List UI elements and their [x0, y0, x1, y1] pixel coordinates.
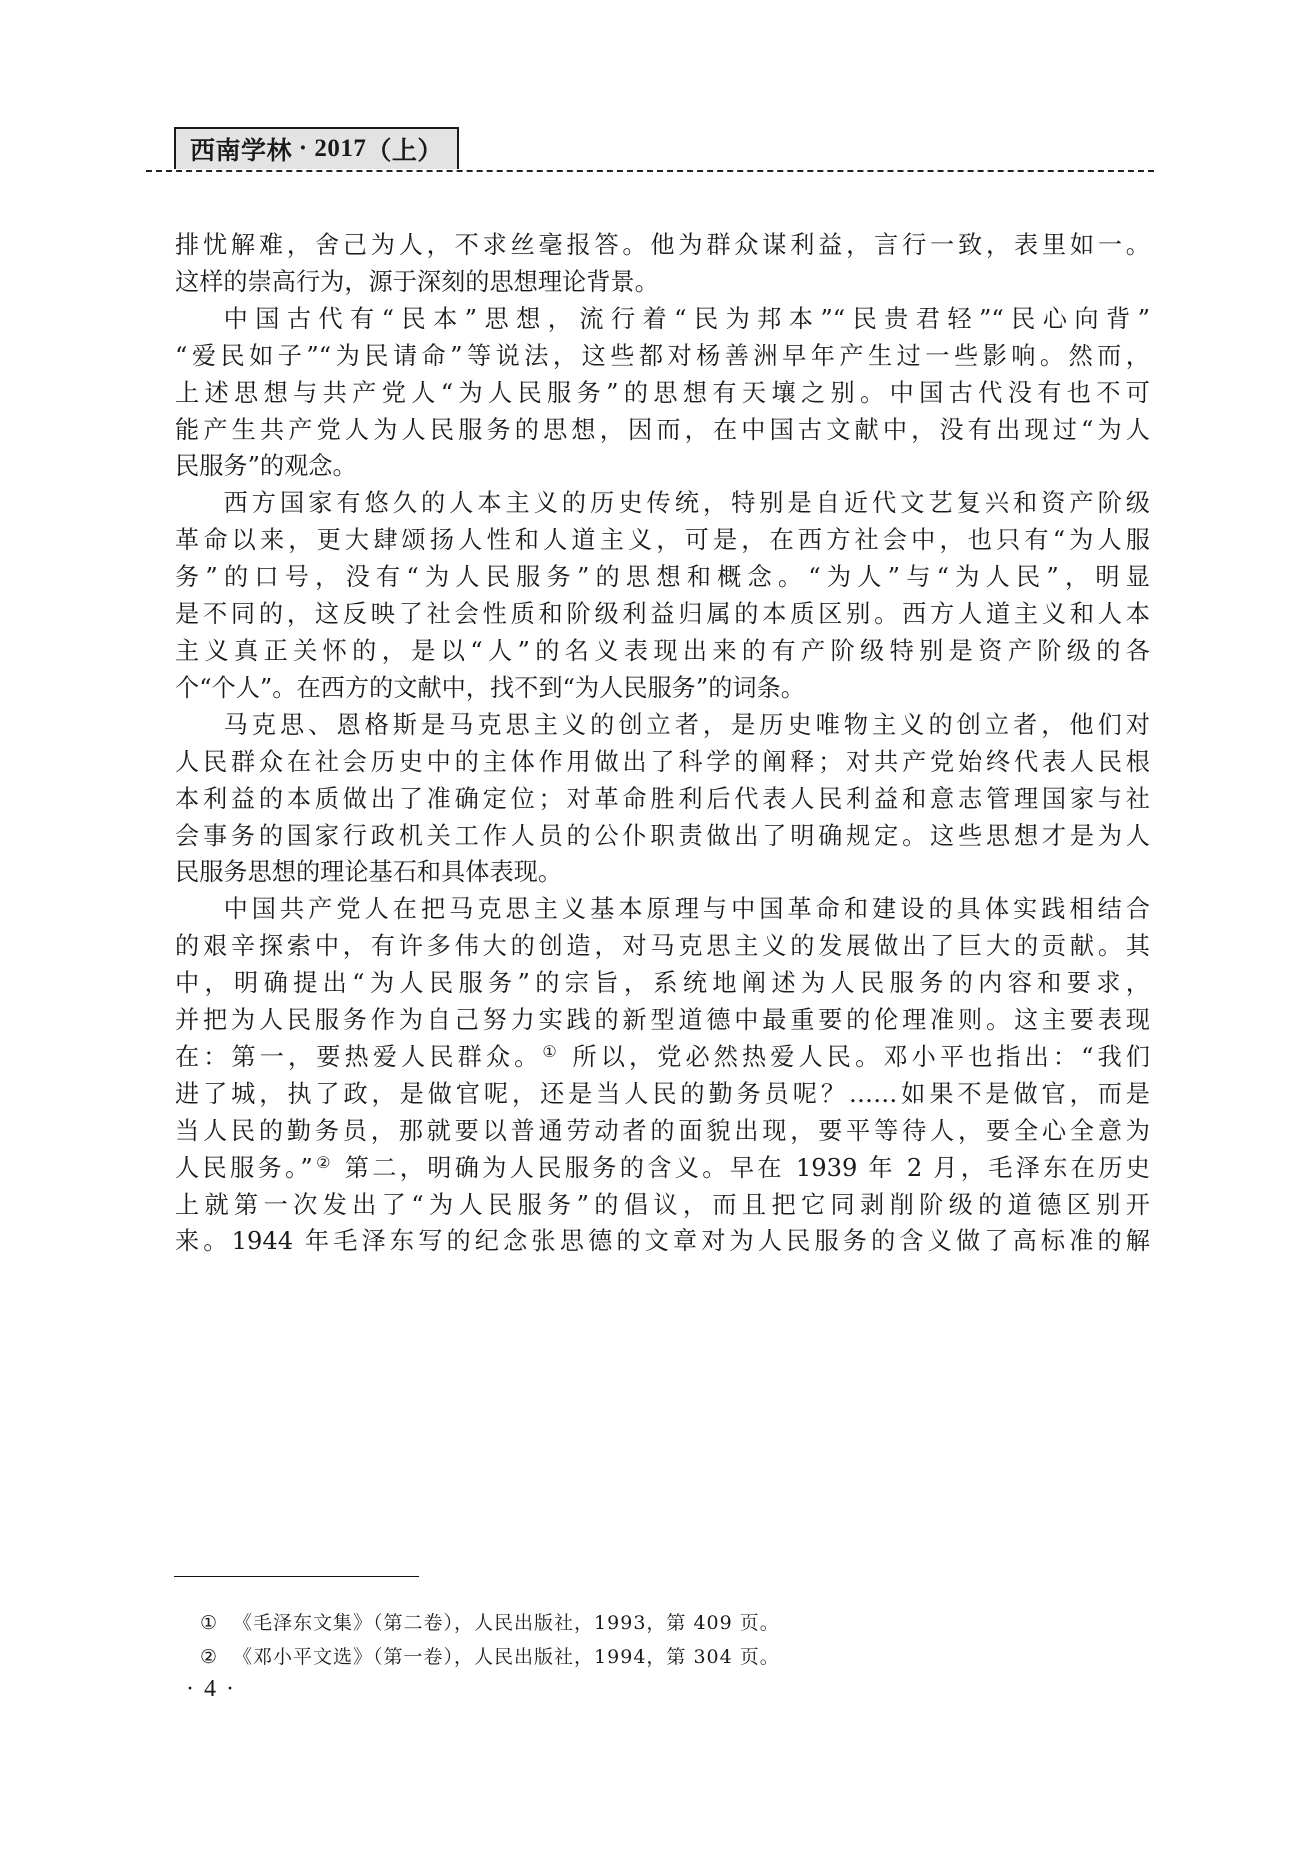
text-line: 并把为人民服务作为自己努力实践的新型道德中最重要的伦理准则。这主要表现: [175, 1002, 1150, 1039]
separator-space: [308, 135, 315, 163]
text-line-content: 民服务”的观念。: [175, 452, 357, 480]
header-dashed-rule: [146, 170, 1154, 172]
text-line: 民服务”的观念。: [175, 448, 1150, 485]
text-line: 务”的口号，没有“为人民服务”的思想和概念。“为人”与“为人民”，明显: [175, 559, 1150, 596]
text-line-content: 会事务的国家行政机关工作人员的公仆职责做出了明确规定。这些思想才是为人: [175, 822, 1150, 850]
text-line: 上述思想与共产党人“为人民服务”的思想有天壤之别。中国古代没有也不可: [175, 375, 1150, 412]
text-line: 中国古代有“民本”思想，流行着“民为邦本”“民贵君轻”“民心向背”: [175, 301, 1150, 338]
text-line-content: 上述思想与共产党人“为人民服务”的思想有天壤之别。中国古代没有也不可: [175, 379, 1150, 407]
text-line: 进了城，执了政，是做官呢，还是当人民的勤务员呢？……如果不是做官，而是: [175, 1076, 1150, 1113]
text-line: 是不同的，这反映了社会性质和阶级利益归属的本质区别。西方人道主义和人本: [175, 596, 1150, 633]
text-line: 革命以来，更大肆颂扬人性和人道主义，可是，在西方社会中，也只有“为人服: [175, 522, 1150, 559]
text-line: 排忧解难，舍己为人，不求丝毫报答。他为群众谋利益，言行一致，表里如一。: [175, 227, 1150, 264]
text-line-content: “爱民如子”“为民请命”等说法，这些都对杨善洲早年产生过一些影响。然而，: [175, 342, 1150, 370]
text-line: 主义真正关怀的，是以“人”的名义表现出来的有产阶级特别是资产阶级的各: [175, 633, 1150, 670]
text-line-content: 人民群众在社会历史中的主体作用做出了科学的阐释；对共产党始终代表人民根: [175, 748, 1150, 776]
text-line-content: 西方国家有悠久的人本主义的历史传统，特别是自近代文艺复兴和资产阶级: [224, 489, 1150, 517]
text-line: 民服务思想的理论基石和具体表现。: [175, 854, 1150, 891]
text-line-content: 排忧解难，舍己为人，不求丝毫报答。他为群众谋利益，言行一致，表里如一。: [175, 231, 1150, 259]
journal-title: 西南学林: [190, 131, 292, 167]
footnote-reference[interactable]: ①: [542, 1042, 560, 1061]
text-line-content: 民服务思想的理论基石和具体表现。: [175, 858, 562, 886]
text-line-content: 的艰辛探索中，有许多伟大的创造，对马克思主义的发展做出了巨大的贡献。其: [175, 932, 1150, 960]
text-line-continuation: 所以，党必然热爱人民。邓小平也指出：“我们: [561, 1043, 1150, 1071]
text-line: 人民群众在社会历史中的主体作用做出了科学的阐释；对共产党始终代表人民根: [175, 744, 1150, 781]
text-line-content: 能产生共产党人为人民服务的思想，因而，在中国古文献中，没有出现过“为人: [175, 416, 1150, 444]
separator: [292, 135, 299, 163]
text-line: 在：第一，要热爱人民群众。① 所以，党必然热爱人民。邓小平也指出：“我们: [175, 1039, 1150, 1076]
text-line: 上就第一次发出了“为人民服务”的倡议，而且把它同剥削阶级的道德区别开: [175, 1187, 1150, 1224]
text-line-content: 个“个人”。在西方的文献中，找不到“为人民服务”的词条。: [175, 674, 805, 702]
text-line-content: 来。1944 年毛泽东写的纪念张思德的文章对为人民服务的含义做了高标准的解: [175, 1227, 1150, 1255]
journal-volume: （上）: [366, 131, 443, 167]
page-number: · 4 ·: [186, 1676, 236, 1703]
text-line-content: 革命以来，更大肆颂扬人性和人道主义，可是，在西方社会中，也只有“为人服: [175, 526, 1150, 554]
text-line-content: 上就第一次发出了“为人民服务”的倡议，而且把它同剥削阶级的道德区别开: [175, 1191, 1150, 1219]
text-line-content: 主义真正关怀的，是以“人”的名义表现出来的有产阶级特别是资产阶级的各: [175, 637, 1150, 665]
text-line: 这样的崇高行为，源于深刻的思想理论背景。: [175, 264, 1150, 301]
footnote-2: ② 《邓小平文选》（第一卷），人民出版社，1994，第 304 页。: [200, 1640, 780, 1674]
footnote-rule: [174, 1576, 419, 1577]
text-line-content: 人民服务。”: [175, 1154, 313, 1182]
footnote-number: ②: [200, 1640, 226, 1674]
text-line: “爱民如子”“为民请命”等说法，这些都对杨善洲早年产生过一些影响。然而，: [175, 338, 1150, 375]
text-line: 能产生共产党人为人民服务的思想，因而，在中国古文献中，没有出现过“为人: [175, 412, 1150, 449]
text-line: 个“个人”。在西方的文献中，找不到“为人民服务”的词条。: [175, 670, 1150, 707]
text-line-content: 当人民的勤务员，那就要以普通劳动者的面貌出现，要平等待人，要全心全意为: [175, 1117, 1150, 1145]
footnote-reference[interactable]: ②: [313, 1153, 334, 1172]
text-line: 的艰辛探索中，有许多伟大的创造，对马克思主义的发展做出了巨大的贡献。其: [175, 928, 1150, 965]
text-line-content: 在：第一，要热爱人民群众。: [175, 1043, 542, 1071]
text-line-content: 进了城，执了政，是做官呢，还是当人民的勤务员呢？……如果不是做官，而是: [175, 1080, 1150, 1108]
text-line: 来。1944 年毛泽东写的纪念张思德的文章对为人民服务的含义做了高标准的解: [175, 1223, 1150, 1260]
text-line: 会事务的国家行政机关工作人员的公仆职责做出了明确规定。这些思想才是为人: [175, 818, 1150, 855]
footnotes: ① 《毛泽东文集》（第二卷），人民出版社，1993，第 409 页。 ② 《邓小…: [200, 1606, 780, 1674]
text-line: 本利益的本质做出了准确定位；对革命胜利后代表人民利益和意志管理国家与社: [175, 781, 1150, 818]
footnote-text: 《毛泽东文集》（第二卷），人民出版社，1993，第 409 页。: [233, 1612, 780, 1634]
text-line: 马克思、恩格斯是马克思主义的创立者，是历史唯物主义的创立者，他们对: [175, 707, 1150, 744]
text-line-content: 并把为人民服务作为自己努力实践的新型道德中最重要的伦理准则。这主要表现: [175, 1006, 1150, 1034]
text-line-continuation: 第二，明确为人民服务的含义。早在 1939 年 2 月，毛泽东在历史: [334, 1154, 1150, 1182]
text-line-content: 这样的崇高行为，源于深刻的思想理论背景。: [175, 268, 659, 296]
footnote-1: ① 《毛泽东文集》（第二卷），人民出版社，1993，第 409 页。: [200, 1606, 780, 1640]
text-line: 当人民的勤务员，那就要以普通劳动者的面貌出现，要平等待人，要全心全意为: [175, 1113, 1150, 1150]
text-line: 西方国家有悠久的人本主义的历史传统，特别是自近代文艺复兴和资产阶级: [175, 485, 1150, 522]
text-line: 中国共产党人在把马克思主义基本原理与中国革命和建设的具体实践相结合: [175, 891, 1150, 928]
text-line-content: 马克思、恩格斯是马克思主义的创立者，是历史唯物主义的创立者，他们对: [224, 711, 1150, 739]
text-line: 中，明确提出“为人民服务”的宗旨，系统地阐述为人民服务的内容和要求，: [175, 965, 1150, 1002]
text-line-content: 中国古代有“民本”思想，流行着“民为邦本”“民贵君轻”“民心向背”: [224, 305, 1150, 333]
text-line-content: 是不同的，这反映了社会性质和阶级利益归属的本质区别。西方人道主义和人本: [175, 600, 1150, 628]
footnote-number: ①: [200, 1606, 226, 1640]
text-line: 人民服务。”② 第二，明确为人民服务的含义。早在 1939 年 2 月，毛泽东在…: [175, 1150, 1150, 1187]
text-line-content: 本利益的本质做出了准确定位；对革命胜利后代表人民利益和意志管理国家与社: [175, 785, 1150, 813]
text-line-content: 中国共产党人在把马克思主义基本原理与中国革命和建设的具体实践相结合: [224, 895, 1150, 923]
separator-dot: ·: [299, 135, 308, 163]
journal-year: 2017: [314, 135, 366, 163]
text-line-content: 中，明确提出“为人民服务”的宗旨，系统地阐述为人民服务的内容和要求，: [175, 969, 1150, 997]
text-line-content: 务”的口号，没有“为人民服务”的思想和概念。“为人”与“为人民”，明显: [175, 563, 1150, 591]
footnote-text: 《邓小平文选》（第一卷），人民出版社，1994，第 304 页。: [233, 1646, 780, 1668]
running-head: 西南学林 · 2017 （上）: [174, 127, 459, 169]
body-text: 排忧解难，舍己为人，不求丝毫报答。他为群众谋利益，言行一致，表里如一。这样的崇高…: [175, 227, 1150, 1260]
